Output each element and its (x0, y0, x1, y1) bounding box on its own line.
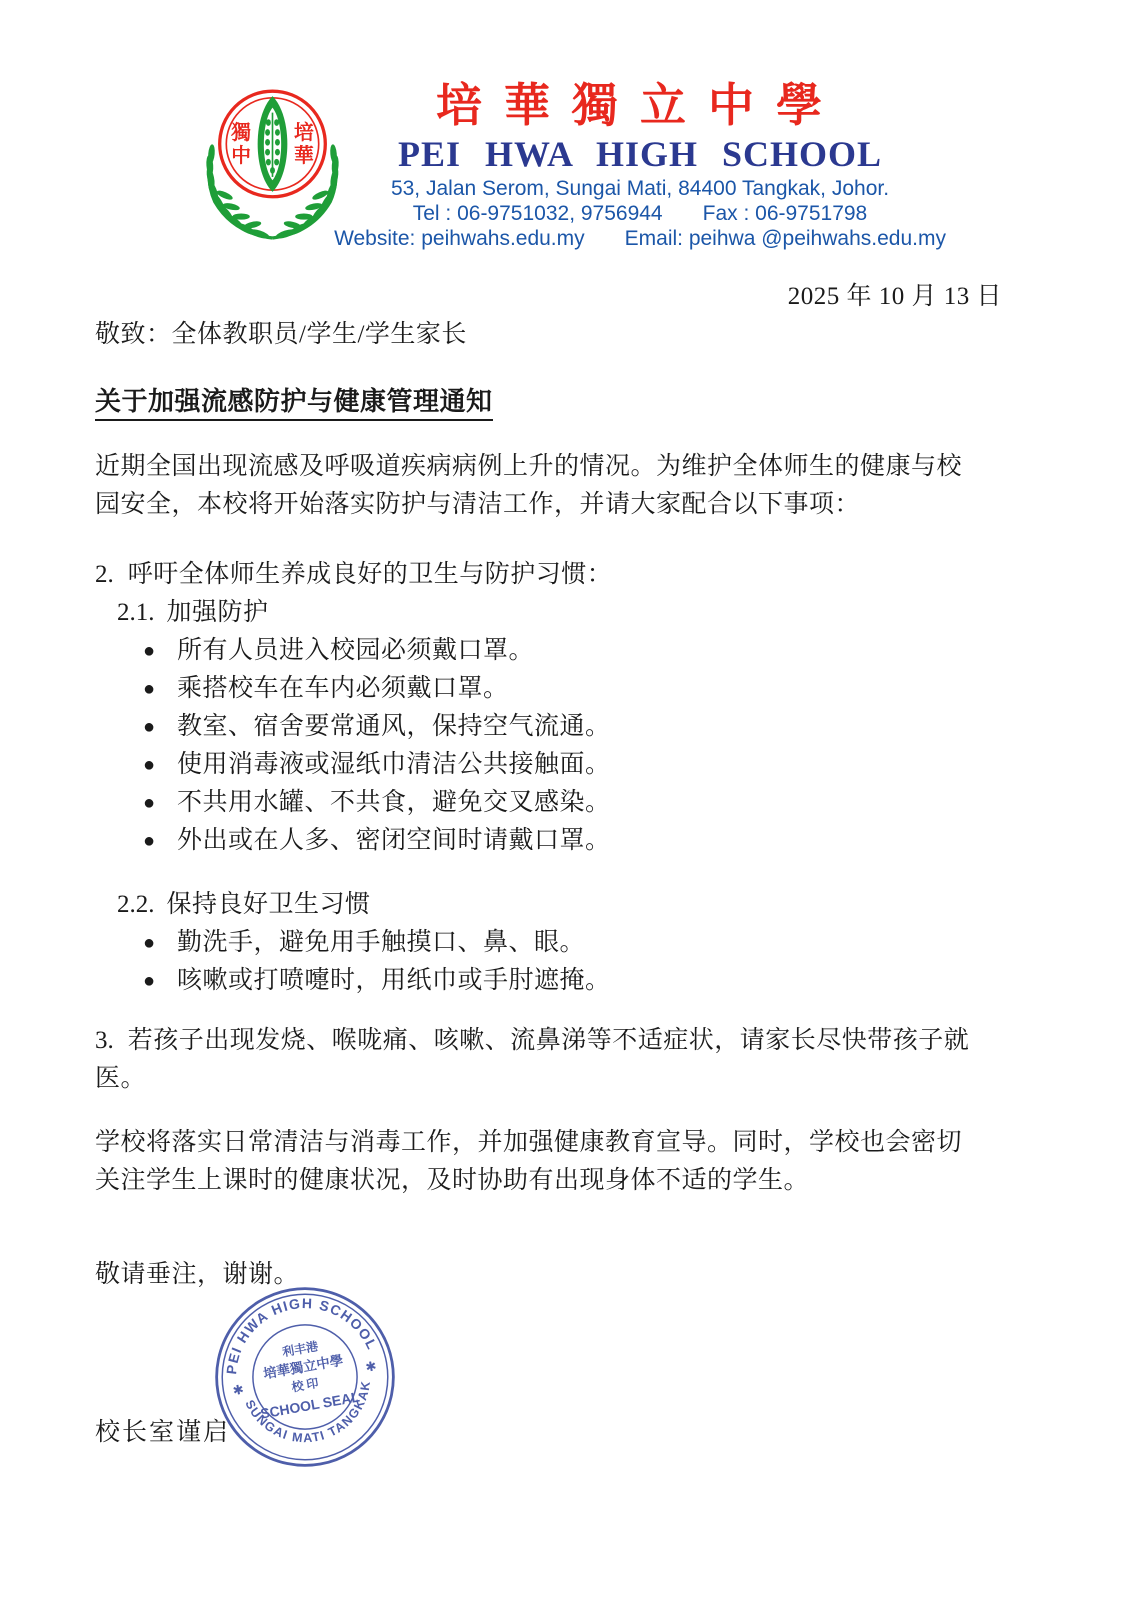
logo-char-left-top: 獨 (230, 121, 251, 144)
bullet-list-2-1: ●所有人员进入校园必须戴口罩。 ●乘搭校车在车内必须戴口罩。 ●教室、宿舍要常通… (95, 632, 980, 860)
seal-line3: 校印 (289, 1375, 322, 1395)
subsection-number: 2.2. (117, 891, 155, 918)
bullet-icon: ● (143, 746, 177, 784)
logo-char-right-top: 培 (294, 121, 314, 144)
logo-char-right-bottom: 華 (294, 144, 314, 167)
letter-date: 2025 年 10 月 13 日 (95, 278, 1020, 316)
bullet-text: 使用消毒液或湿纸巾清洁公共接触面。 (177, 746, 611, 784)
seal-line2: 培華獨立中學 (262, 1352, 345, 1382)
notice-title: 关于加强流感防护与健康管理通知 (95, 382, 980, 422)
item-number: 2. (95, 561, 114, 588)
intro-paragraph: 近期全国出现流感及呼吸道疾病病例上升的情况。为维护全体师生的健康与校园安全，本校… (95, 448, 980, 524)
subsection-title: 保持良好卫生习惯 (167, 891, 371, 918)
bullet-text: 外出或在人多、密闭空间时请戴口罩。 (177, 822, 611, 860)
letterhead: 獨 中 培 華 培華獨立中學 PEI HWA HIGH SCHOOL 53, J… (0, 0, 1132, 250)
seal-star-left-icon: ✱ (232, 1382, 245, 1399)
school-seal-stamp: PEI HWA HIGH SCHOOL SUNGAI MATI TANGKAK … (212, 1284, 398, 1470)
list-item: ●使用消毒液或湿纸巾清洁公共接触面。 (143, 746, 980, 784)
document-page: 獨 中 培 華 培華獨立中學 PEI HWA HIGH SCHOOL 53, J… (0, 0, 1132, 1600)
numbered-item-3: 3.若孩子出现发烧、喉咙痛、咳嗽、流鼻涕等不适症状，请家长尽快带孩子就医。 (95, 1022, 980, 1098)
list-item: ●乘搭校车在车内必须戴口罩。 (143, 670, 980, 708)
salutation: 敬致：全体教职员/学生/学生家长 (95, 316, 980, 354)
bullet-icon: ● (143, 822, 177, 860)
letterhead-text: 培華獨立中學 PEI HWA HIGH SCHOOL 53, Jalan Ser… (355, 80, 925, 251)
bullet-icon: ● (143, 924, 177, 962)
bullet-icon: ● (143, 632, 177, 670)
notice-title-text: 关于加强流感防护与健康管理通知 (95, 387, 493, 421)
list-item: ●教室、宿舍要常通风，保持空气流通。 (143, 708, 980, 746)
school-tel: Tel : 06-9751032, 9756944 (413, 201, 663, 226)
seal-line1: 利丰港 (280, 1338, 320, 1359)
school-name-chinese: 培華獨立中學 (355, 80, 925, 132)
subsection-number: 2.1. (117, 599, 155, 626)
seal-center-text: 利丰港 培華獨立中學 校印 SCHOOL SEAL (249, 1333, 361, 1422)
numbered-item-2: 2.呼吁全体师生养成良好的卫生与防护习惯： (95, 556, 980, 594)
bullet-text: 不共用水罐、不共食，避免交叉感染。 (177, 784, 611, 822)
subsection-2-2-heading: 2.2.保持良好卫生习惯 (117, 886, 980, 924)
bullet-text: 咳嗽或打喷嚏时，用纸巾或手肘遮掩。 (177, 962, 611, 1000)
subsection-title: 加强防护 (167, 599, 269, 626)
bullet-text: 勤洗手，避免用手触摸口、鼻、眼。 (177, 924, 585, 962)
bullet-list-2-2: ●勤洗手，避免用手触摸口、鼻、眼。 ●咳嗽或打喷嚏时，用纸巾或手肘遮掩。 (95, 924, 980, 1000)
item-number: 3. (95, 1027, 114, 1054)
school-logo: 獨 中 培 華 (190, 76, 355, 254)
bullet-icon: ● (143, 670, 177, 708)
logo-char-left-bottom: 中 (231, 144, 251, 167)
bullet-text: 乘搭校车在车内必须戴口罩。 (177, 670, 509, 708)
bullet-text: 所有人员进入校园必须戴口罩。 (177, 632, 534, 670)
list-item: ●不共用水罐、不共食，避免交叉感染。 (143, 784, 980, 822)
item-text: 若孩子出现发烧、喉咙痛、咳嗽、流鼻涕等不适症状，请家长尽快带孩子就医。 (95, 1027, 969, 1092)
list-item: ●咳嗽或打喷嚏时，用纸巾或手肘遮掩。 (143, 962, 980, 1000)
school-address: 53, Jalan Serom, Sungai Mati, 84400 Tang… (355, 176, 925, 201)
school-website: Website: peihwahs.edu.my (334, 226, 585, 251)
list-item: ●所有人员进入校园必须戴口罩。 (143, 632, 980, 670)
bullet-icon: ● (143, 962, 177, 1000)
item-text: 呼吁全体师生养成良好的卫生与防护习惯： (128, 561, 613, 588)
list-item: ●外出或在人多、密闭空间时请戴口罩。 (143, 822, 980, 860)
letter-footer: 校长室谨启 PEI HWA HIGH SCHOOL SUNGAI MATI TA… (0, 1294, 1132, 1594)
signoff-line: 校长室谨启 (95, 1412, 230, 1448)
closing-paragraph: 学校将落实日常清洁与消毒工作，并加强健康教育宣导。同时，学校也会密切关注学生上课… (95, 1124, 980, 1200)
seal-star-right-icon: ✱ (364, 1358, 377, 1375)
school-name-english: PEI HWA HIGH SCHOOL (355, 132, 925, 176)
bullet-icon: ● (143, 784, 177, 822)
bullet-icon: ● (143, 708, 177, 746)
school-email: Email: peihwa @peihwahs.edu.my (625, 226, 946, 251)
bullet-text: 教室、宿舍要常通风，保持空气流通。 (177, 708, 611, 746)
school-fax: Fax : 06-9751798 (703, 201, 868, 226)
list-item: ●勤洗手，避免用手触摸口、鼻、眼。 (143, 924, 980, 962)
letter-body: 2025 年 10 月 13 日 敬致：全体教职员/学生/学生家长 关于加强流感… (95, 278, 980, 1294)
subsection-2-1-heading: 2.1.加强防护 (117, 594, 980, 632)
